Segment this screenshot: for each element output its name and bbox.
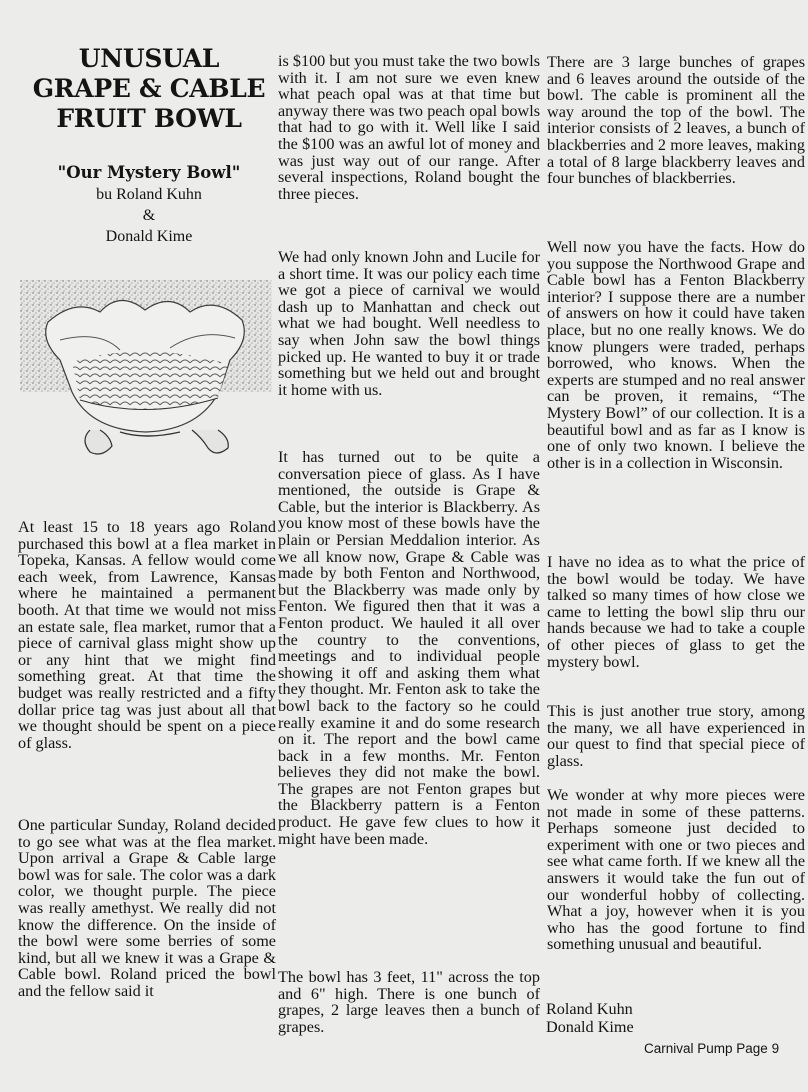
byline-author-2: Donald Kime — [18, 226, 280, 247]
article-subtitle: "Our Mystery Bowl" — [18, 162, 280, 184]
paragraph-col1-1: At least 15 to 18 years ago Roland purch… — [18, 519, 276, 751]
paragraph-col3-4: This is just another true story, among t… — [547, 703, 805, 769]
byline-ampersand: & — [18, 205, 280, 226]
bowl-photo — [20, 280, 272, 462]
paragraph-col3-2: Well now you have the facts. How do you … — [547, 239, 805, 471]
byline-author-1: bu Roland Kuhn — [18, 184, 280, 205]
paragraph-col2-4: The bowl has 3 feet, 11" across the top … — [278, 969, 540, 1035]
page-footer: Carnival Pump Page 9 — [644, 1041, 779, 1056]
article-header: UNUSUAL GRAPE & CABLE FRUIT BOWL "Our My… — [18, 44, 280, 247]
paragraph-col3-3: I have no idea as to what the price of t… — [547, 554, 805, 670]
paragraph-col3-1: There are 3 large bunches of grapes and … — [547, 54, 805, 187]
paragraph-col3-5: We wonder at why more pieces were not ma… — [547, 787, 805, 953]
paragraph-col2-2: We had only known John and Lucile for a … — [278, 249, 540, 398]
article-title-line-1: UNUSUAL — [18, 44, 280, 74]
paragraph-col1-2: One particular Sunday, Roland decided to… — [18, 817, 276, 1000]
paragraph-col2-3: It has turned out to be quite a conversa… — [278, 449, 540, 847]
article-title-line-2: GRAPE & CABLE — [18, 74, 280, 104]
signature-name-1: Roland Kuhn — [546, 1001, 633, 1018]
signature-name-2: Donald Kime — [546, 1019, 634, 1036]
paragraph-col2-1: is $100 but you must take the two bowls … — [278, 53, 540, 202]
article-title-line-3: FRUIT BOWL — [18, 104, 280, 134]
